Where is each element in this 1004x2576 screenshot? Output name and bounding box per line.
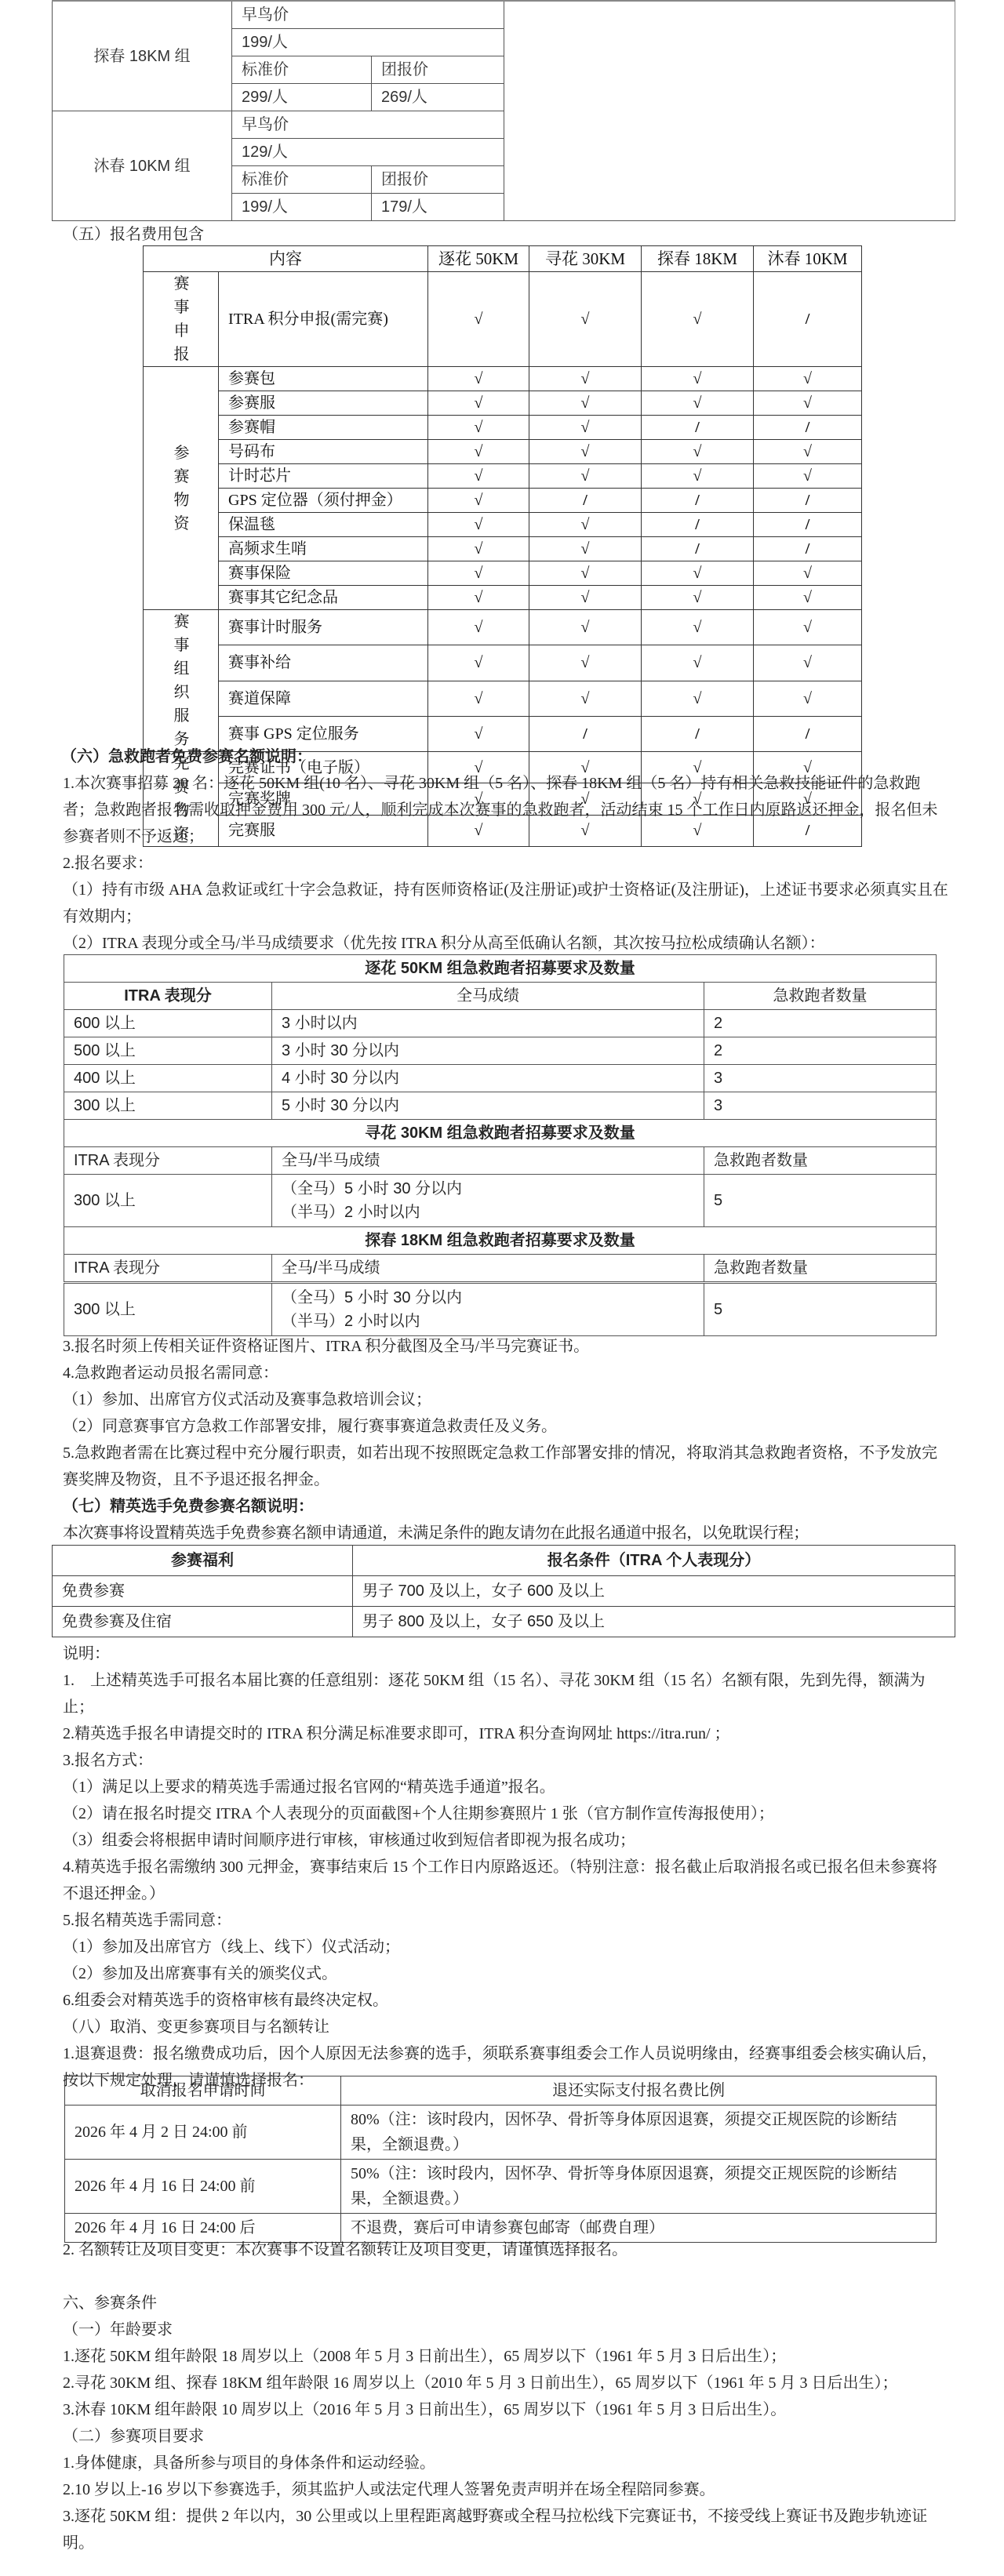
- table-row: 赛事补给√√√√: [144, 645, 862, 681]
- included-item: 赛道保障: [219, 681, 428, 716]
- col-header-condition: 报名条件（ITRA 个人表现分）: [353, 1546, 955, 1576]
- table-title-50km: 逐花 50KM 组急救跑者招募要求及数量: [64, 955, 937, 983]
- col-header-count: 急救跑者数量: [704, 1255, 937, 1283]
- cancel-time: 2026 年 4 月 16 日 24:00 前: [65, 2160, 341, 2214]
- refund-ratio: 80%（注：该时段内，因怀孕、骨折等身体原因退赛，须提交正规医院的诊断结果，全额…: [341, 2105, 937, 2160]
- not-included-icon: /: [529, 489, 642, 513]
- section6-p1: 1.本次赛事招募 20 名：逐花 50KM 组(10 名）、寻花 30KM 组（…: [63, 770, 949, 850]
- table-row: 400 以上 4 小时 30 分以内 3: [64, 1065, 937, 1092]
- condition: 男子 800 及以上，女子 650 及以上: [353, 1607, 955, 1637]
- half-marathon-time: （半马）2 小时以内: [282, 1201, 694, 1224]
- col-header-marathon: 全马成绩: [272, 983, 704, 1010]
- marathon-time: 4 小时 30 分以内: [272, 1065, 704, 1092]
- col-header-benefit: 参赛福利: [53, 1546, 353, 1576]
- check-icon: √: [754, 367, 862, 391]
- group-price-label: 团报价: [372, 56, 504, 84]
- check-icon: √: [428, 272, 529, 367]
- check-icon: √: [529, 464, 642, 489]
- table-row: 2026 年 4 月 2 日 24:00 前 80%（注：该时段内，因怀孕、骨折…: [65, 2105, 937, 2160]
- benefit: 免费参赛及住宿: [53, 1607, 353, 1637]
- check-icon: √: [642, 586, 754, 610]
- col-header-10km: 沐春 10KM: [754, 246, 862, 272]
- itra-score: 300 以上: [64, 1175, 272, 1227]
- check-icon: √: [642, 610, 754, 645]
- check-icon: √: [754, 610, 862, 645]
- not-included-icon: /: [754, 416, 862, 440]
- not-included-icon: /: [642, 489, 754, 513]
- benefit: 免费参赛: [53, 1576, 353, 1607]
- standard-price-label: 标准价: [232, 56, 372, 84]
- full-marathon-time: （全马）5 小时 30 分以内: [282, 1286, 694, 1310]
- not-included-icon: /: [754, 489, 862, 513]
- check-icon: √: [529, 681, 642, 716]
- check-icon: √: [529, 561, 642, 586]
- elite-runner-table: 参赛福利 报名条件（ITRA 个人表现分） 免费参赛 男子 700 及以上，女子…: [52, 1545, 955, 1637]
- section7-note-label: 说明：: [63, 1640, 949, 1667]
- section6-p5: 5.急救跑者需在比赛过程中充分履行职责，如若出现不按照既定急救工作部署安排的情况…: [63, 1440, 949, 1493]
- col-header-50km: 逐花 50KM: [428, 246, 529, 272]
- check-icon: √: [529, 272, 642, 367]
- price-table: 探春 18KM 组 早鸟价 199/人 标准价 团报价 299/人 269/人 …: [52, 0, 955, 221]
- itra-score: 300 以上: [64, 1092, 272, 1120]
- included-item: 号码布: [219, 440, 428, 464]
- marathon-time: 3 小时 30 分以内: [272, 1037, 704, 1065]
- half-marathon-time: （半马）2 小时以内: [282, 1310, 694, 1333]
- section6-continued: 3.报名时须上传相关证件资格证图片、ITRA 积分截图及全马/半马完赛证书。 4…: [63, 1333, 949, 1546]
- early-bird-label: 早鸟价: [232, 111, 504, 139]
- section7-n3-3: （3）组委会将根据申请时间顺序进行审核，审核通过收到短信者即视为报名成功；: [63, 1827, 949, 1854]
- chapter6-sub2: （二）参赛项目要求: [63, 2423, 949, 2450]
- table-row: 600 以上 3 小时以内 2: [64, 1010, 937, 1037]
- table-row: 300 以上 （全马）5 小时 30 分以内 （半马）2 小时以内 5: [64, 1283, 937, 1336]
- runner-count: 2: [704, 1010, 937, 1037]
- included-item: 赛事计时服务: [219, 610, 428, 645]
- spacer: [63, 2263, 949, 2290]
- table-row: 高频求生哨√√//: [144, 537, 862, 561]
- section7-n2: 2.精英选手报名申请提交时的 ITRA 积分满足标准要求即可，ITRA 积分查询…: [63, 1720, 949, 1747]
- section7-title: （七）精英选手免费参赛名额说明：: [63, 1493, 949, 1520]
- chapter6-a1: 1.逐花 50KM 组年龄限 18 周岁以上（2008 年 5 月 3 日前出生…: [63, 2343, 949, 2370]
- included-item: 参赛帽: [219, 416, 428, 440]
- itra-score: 500 以上: [64, 1037, 272, 1065]
- group-price: 269/人: [372, 84, 504, 111]
- check-icon: √: [642, 645, 754, 681]
- check-icon: √: [428, 416, 529, 440]
- table-row: 300 以上 5 小时 30 分以内 3: [64, 1092, 937, 1120]
- early-bird-label: 早鸟价: [232, 1, 504, 29]
- check-icon: √: [642, 272, 754, 367]
- check-icon: √: [529, 537, 642, 561]
- chapter6-sub1: （一）年龄要求: [63, 2316, 949, 2343]
- emergency-runner-table: 逐花 50KM 组急救跑者招募要求及数量 ITRA 表现分 全马成绩 急救跑者数…: [64, 954, 937, 1336]
- included-item: 赛事补给: [219, 645, 428, 681]
- chapter6-a2: 2.寻花 30KM 组、探春 18KM 组年龄限 16 周岁以上（2010 年 …: [63, 2370, 949, 2396]
- table-row: 500 以上 3 小时 30 分以内 2: [64, 1037, 937, 1065]
- section6-p2: 2.报名要求：: [63, 850, 949, 877]
- section6-p2-2: （2）ITRA 表现分或全马/半马成绩要求（优先按 ITRA 积分从高至低确认名…: [63, 930, 949, 957]
- col-header-18km: 探春 18KM: [642, 246, 754, 272]
- check-icon: √: [428, 464, 529, 489]
- runner-count: 5: [704, 1283, 937, 1336]
- section6-p4-1: （1）参加、出席官方仪式活动及赛事急救培训会议；: [63, 1386, 949, 1413]
- chapter6-r2: 2.10 岁以上-16 岁以下参赛选手，须其监护人或法定代理人签署免责声明并在场…: [63, 2476, 949, 2503]
- included-item: 赛事保险: [219, 561, 428, 586]
- included-item: 参赛服: [219, 391, 428, 416]
- section7-n1: 1. 上述精英选手可报名本届比赛的任意组别：逐花 50KM 组（15 名）、寻花…: [63, 1667, 949, 1720]
- check-icon: √: [428, 367, 529, 391]
- section7-n5-2: （2）参加及出席赛事有关的颁奖仪式。: [63, 1960, 949, 1987]
- check-icon: √: [754, 681, 862, 716]
- col-header-count: 急救跑者数量: [704, 983, 937, 1010]
- standard-price-label: 标准价: [232, 166, 372, 194]
- check-icon: √: [642, 367, 754, 391]
- included-item: 计时芯片: [219, 464, 428, 489]
- cancel-time: 2026 年 4 月 2 日 24:00 前: [65, 2105, 341, 2160]
- section6-p3: 3.报名时须上传相关证件资格证图片、ITRA 积分截图及全马/半马完赛证书。: [63, 1333, 949, 1360]
- runner-count: 3: [704, 1065, 937, 1092]
- marathon-time: （全马）5 小时 30 分以内 （半马）2 小时以内: [272, 1283, 704, 1336]
- included-item: 高频求生哨: [219, 537, 428, 561]
- chapter6-a3: 3.沐春 10KM 组年龄限 10 周岁以上（2016 年 5 月 3 日前出生…: [63, 2396, 949, 2423]
- check-icon: √: [529, 645, 642, 681]
- table-row: 保温毯√√//: [144, 513, 862, 537]
- check-icon: √: [754, 645, 862, 681]
- table-title-30km: 寻花 30KM 组急救跑者招募要求及数量: [64, 1120, 937, 1147]
- category-label: 赛事组织服务: [144, 610, 219, 752]
- itra-score: 300 以上: [64, 1283, 272, 1336]
- table-row: 赛事其它纪念品√√√√: [144, 586, 862, 610]
- section7-n4: 4.精英选手报名需缴纳 300 元押金，赛事结束后 15 个工作日内原路返还。（…: [63, 1854, 949, 1907]
- category-label: 参赛物资: [144, 367, 219, 610]
- table-row: 号码布√√√√: [144, 440, 862, 464]
- check-icon: √: [754, 561, 862, 586]
- col-header-itra: ITRA 表现分: [64, 1255, 272, 1283]
- section7-n3-2: （2）请在报名时提交 ITRA 个人表现分的页面截图+个人往期参赛照片 1 张（…: [63, 1800, 949, 1827]
- section7-n5-1: （1）参加及出席官方（线上、线下）仪式活动；: [63, 1934, 949, 1960]
- section6-title: （六）急救跑者免费参赛名额说明：: [61, 743, 949, 770]
- section7-n6: 6.组委会对精英选手的资格审核有最终决定权。: [63, 1987, 949, 2014]
- check-icon: √: [428, 513, 529, 537]
- check-icon: √: [428, 537, 529, 561]
- marathon-time: 3 小时以内: [272, 1010, 704, 1037]
- check-icon: √: [529, 416, 642, 440]
- check-icon: √: [529, 610, 642, 645]
- table-row: 300 以上 （全马）5 小时 30 分以内 （半马）2 小时以内 5: [64, 1175, 937, 1227]
- col-header-cancel-time: 取消报名申请时间: [65, 2076, 341, 2105]
- check-icon: √: [428, 681, 529, 716]
- check-icon: √: [529, 513, 642, 537]
- col-header-marathon: 全马/半马成绩: [272, 1255, 704, 1283]
- check-icon: √: [642, 681, 754, 716]
- check-icon: √: [428, 645, 529, 681]
- check-icon: √: [428, 561, 529, 586]
- section6-p4-2: （2）同意赛事官方急救工作部署安排，履行赛事赛道急救责任及义务。: [63, 1413, 949, 1440]
- section8-title: （八）取消、变更参赛项目与名额转让: [63, 2014, 949, 2040]
- marathon-time: （全马）5 小时 30 分以内 （半马）2 小时以内: [272, 1175, 704, 1227]
- refund-table: 取消报名申请时间 退还实际支付报名费比例 2026 年 4 月 2 日 24:0…: [64, 2076, 937, 2243]
- table-row: 赛事组织服务赛事计时服务√√√√: [144, 610, 862, 645]
- check-icon: √: [428, 610, 529, 645]
- col-header-count: 急救跑者数量: [704, 1147, 937, 1175]
- runner-count: 3: [704, 1092, 937, 1120]
- not-included-icon: /: [754, 537, 862, 561]
- chapter6-r1: 1.身体健康，具备所参与项目的身体条件和运动经验。: [63, 2450, 949, 2476]
- check-icon: √: [529, 586, 642, 610]
- table-row: 2026 年 4 月 16 日 24:00 前 50%（注：该时段内，因怀孕、骨…: [65, 2160, 937, 2214]
- included-item: GPS 定位器（须付押金）: [219, 489, 428, 513]
- check-icon: √: [428, 391, 529, 416]
- table-row: 赛道保障√√√√: [144, 681, 862, 716]
- table-row: 参赛物资参赛包√√√√: [144, 367, 862, 391]
- section7-notes: 说明： 1. 上述精英选手可报名本届比赛的任意组别：逐花 50KM 组（15 名…: [63, 1640, 949, 2094]
- full-marathon-time: （全马）5 小时 30 分以内: [282, 1177, 694, 1201]
- section6-p2-1: （1）持有市级 AHA 急救证或红十字会急救证，持有医师资格证(及注册证)或护士…: [63, 877, 949, 930]
- table-row: 参赛服√√√√: [144, 391, 862, 416]
- table-row: GPS 定位器（须付押金）√///: [144, 489, 862, 513]
- check-icon: √: [428, 440, 529, 464]
- not-included-icon: /: [642, 416, 754, 440]
- check-icon: √: [642, 561, 754, 586]
- table-row: 参赛帽√√//: [144, 416, 862, 440]
- check-icon: √: [529, 367, 642, 391]
- included-item: 赛事其它纪念品: [219, 586, 428, 610]
- col-header-refund-ratio: 退还实际支付报名费比例: [341, 2076, 937, 2105]
- check-icon: √: [754, 440, 862, 464]
- included-item: ITRA 积分申报(需完赛): [219, 272, 428, 367]
- table-row: 计时芯片√√√√: [144, 464, 862, 489]
- condition: 男子 700 及以上，女子 600 及以上: [353, 1576, 955, 1607]
- col-header-itra: ITRA 表现分: [64, 983, 272, 1010]
- runner-count: 5: [704, 1175, 937, 1227]
- section5-title: （五）报名费用包含: [63, 221, 204, 248]
- section7-n5: 5.报名精英选手需同意：: [63, 1907, 949, 1934]
- refund-ratio: 50%（注：该时段内，因怀孕、骨折等身体原因退赛，须提交正规医院的诊断结果，全额…: [341, 2160, 937, 2214]
- check-icon: √: [428, 489, 529, 513]
- section7-intro: 本次赛事将设置精英选手免费参赛名额申请通道，未满足条件的跑友请勿在此报名通道中报…: [63, 1520, 949, 1546]
- table-row: 赛事保险√√√√: [144, 561, 862, 586]
- check-icon: √: [754, 391, 862, 416]
- included-item: 参赛包: [219, 367, 428, 391]
- category-label: 赛事申报: [144, 272, 219, 367]
- not-included-icon: /: [642, 537, 754, 561]
- blank-cell: [504, 1, 955, 221]
- included-item: 保温毯: [219, 513, 428, 537]
- price-group-name: 沐春 10KM 组: [53, 111, 232, 221]
- table-row: 赛事申报ITRA 积分申报(需完赛)√√√/: [144, 272, 862, 367]
- col-header-content: 内容: [144, 246, 428, 272]
- section6-p4: 4.急救跑者运动员报名需同意：: [63, 1360, 949, 1386]
- itra-score: 600 以上: [64, 1010, 272, 1037]
- check-icon: √: [428, 586, 529, 610]
- section7-n3: 3.报名方式：: [63, 1747, 949, 1774]
- col-header-itra: ITRA 表现分: [64, 1147, 272, 1175]
- col-header-marathon: 全马/半马成绩: [272, 1147, 704, 1175]
- col-header-30km: 寻花 30KM: [529, 246, 642, 272]
- runner-count: 2: [704, 1037, 937, 1065]
- check-icon: √: [754, 464, 862, 489]
- group-price-label: 团报价: [372, 166, 504, 194]
- itra-score: 400 以上: [64, 1065, 272, 1092]
- table-row: 免费参赛及住宿 男子 800 及以上，女子 650 及以上: [53, 1607, 955, 1637]
- check-icon: √: [642, 464, 754, 489]
- section6: （六）急救跑者免费参赛名额说明： 1.本次赛事招募 20 名：逐花 50KM 组…: [63, 743, 949, 957]
- check-icon: √: [642, 440, 754, 464]
- early-bird-price: 129/人: [232, 139, 504, 166]
- standard-price: 199/人: [232, 194, 372, 221]
- section8-p2: 2. 名额转让及项目变更：本次赛事不设置名额转让及项目变更，请谨慎选择报名。: [63, 2236, 949, 2263]
- price-group-name: 探春 18KM 组: [53, 1, 232, 111]
- section7-n3-1: （1）满足以上要求的精英选手需通过报名官网的“精英选手通道”报名。: [63, 1774, 949, 1800]
- table-title-18km: 探春 18KM 组急救跑者招募要求及数量: [64, 1227, 937, 1255]
- early-bird-price: 199/人: [232, 29, 504, 56]
- not-included-icon: /: [642, 513, 754, 537]
- marathon-time: 5 小时 30 分以内: [272, 1092, 704, 1120]
- not-included-icon: /: [754, 272, 862, 367]
- chapter6-title: 六、参赛条件: [63, 2290, 949, 2316]
- group-price: 179/人: [372, 194, 504, 221]
- table-row: 免费参赛 男子 700 及以上，女子 600 及以上: [53, 1576, 955, 1607]
- chapter6-r3: 3.逐花 50KM 组：提供 2 年以内，30 公里或以上里程距离越野赛或全程马…: [63, 2503, 949, 2556]
- check-icon: √: [642, 391, 754, 416]
- section8-continued: 2. 名额转让及项目变更：本次赛事不设置名额转让及项目变更，请谨慎选择报名。 六…: [63, 2236, 949, 2556]
- check-icon: √: [754, 586, 862, 610]
- standard-price: 299/人: [232, 84, 372, 111]
- not-included-icon: /: [754, 513, 862, 537]
- check-icon: √: [529, 440, 642, 464]
- check-icon: √: [529, 391, 642, 416]
